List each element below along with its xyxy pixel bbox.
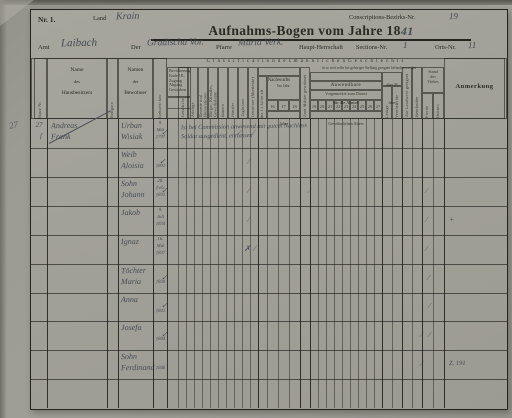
over29-title: über 29 Jahre — [382, 72, 402, 86]
margin-pencil-note: 27 — [8, 119, 19, 131]
grid-hline — [31, 379, 507, 380]
resident-name-line: Ferdinand — [121, 363, 155, 373]
class-column: Bauern — [218, 67, 228, 119]
resident-name-line: Jakob — [121, 208, 140, 217]
anwendbare-line2: Vorgemerkte zum Dienst — [310, 81, 382, 90]
vieh-title-box: Stand des Viehes — [422, 67, 444, 93]
table-row: 27ſAndreasFrankUrbanWisiak9.Mai1797Ist b… — [31, 119, 507, 148]
birth-date-line: Juli — [154, 215, 167, 220]
nachwuchs-caption: Jahre — [267, 111, 300, 119]
nachwuchs-title-box: Nachwuchs — [258, 67, 300, 76]
pfarre-label: Pfarre — [216, 44, 232, 51]
resident-name-line: Johann — [121, 190, 145, 199]
ages-caption: Gewöhnlichen Alters — [310, 111, 382, 119]
resident-name-line: Ignaz — [121, 237, 139, 246]
militar-column: Zum Militär gewidmet — [300, 67, 310, 119]
table-row: SohnJohann28.Feb.1831✓∕∕∕ — [31, 177, 507, 206]
col-header-birth-year: Geburts-Jahr — [153, 58, 167, 119]
birth-date-line: 16. — [154, 237, 167, 242]
grid-hline — [31, 235, 507, 236]
table-row: Ignaz16.Mai1837✗∕∕ — [31, 235, 507, 264]
birth-date-line: 1846 — [154, 366, 167, 371]
over29-column: Ledige — [382, 86, 392, 119]
table-row: WeibAloisia1801✓∕ — [31, 148, 507, 177]
tally-mark: + — [449, 215, 454, 224]
resident-name-line: Aloisia — [121, 161, 144, 170]
herrschaft-label: Haupt-Herrschaft — [299, 44, 343, 51]
age-cell: 24 — [350, 100, 358, 111]
age-cell: 20 — [318, 100, 326, 111]
orts-label: Orts-Nr. — [435, 44, 456, 51]
nachwuchs-year-cell: 18 — [289, 100, 300, 111]
nachwuchs-year-cell: 16 — [267, 100, 278, 111]
tally-mark: ∕ — [426, 244, 427, 253]
resident-name-line: Maria — [121, 277, 141, 286]
class-column: Beamte und Honoratioren — [198, 67, 208, 119]
birth-date-line: 28. — [154, 179, 167, 184]
sections-value: 1 — [403, 40, 408, 50]
resident-name-line: Sohn — [121, 179, 137, 188]
nachwuchs-year-cell: 17 — [278, 100, 289, 111]
amt-value: Laibach — [61, 37, 97, 50]
tally-mark: ∕ — [426, 215, 427, 224]
anwendbare-line3: für die Armee — [310, 90, 382, 100]
resident-name-line: Weib — [121, 150, 137, 159]
age-cell: 22 — [334, 100, 342, 111]
house-number: 27 — [32, 121, 46, 129]
remark-value: Z. 191 — [449, 359, 466, 366]
table-row — [31, 379, 507, 407]
tally-mark: ∕ — [428, 273, 429, 282]
grid-hline — [31, 148, 507, 149]
nachwuchs-left-col: bis 15 Jahre alt — [258, 76, 267, 119]
pfarre-value: Maria Verk. — [238, 38, 284, 49]
resident-name-line: Urban — [121, 121, 142, 130]
land-value: Krain — [116, 11, 140, 22]
tally-mark: ∕ — [429, 301, 430, 310]
table-row: TöchterMaria1839✓∕ — [31, 264, 507, 293]
col-header-house-number: Haus-Nr. — [34, 58, 47, 119]
col-header-owner: Name des Hausbesitzers — [47, 58, 107, 119]
age-cell: 19 — [310, 100, 318, 111]
grid-hline — [31, 206, 507, 207]
age-cell: 27 — [374, 100, 382, 111]
der-label: Der — [131, 44, 141, 51]
class-column: Taglöhner — [238, 67, 248, 119]
resident-name-line: Josefa — [121, 323, 142, 332]
grid-hline — [31, 177, 507, 178]
tally-mark: ✓ — [159, 157, 166, 166]
grid-hline — [31, 293, 507, 294]
class-column: Geistliche — [178, 67, 188, 119]
vieh-column: Pferde — [422, 93, 433, 119]
col-header-remark: Anmerkung — [444, 58, 505, 119]
class-column: Adelige — [188, 67, 198, 119]
conscription-label: Conscriptions-Bezirks-Nr. — [349, 14, 415, 21]
birth-date-line: 1837 — [154, 251, 167, 256]
birth-date-line: 9. — [154, 208, 167, 213]
vieh-column: Ochsen — [433, 93, 444, 119]
scan-edge-top — [0, 0, 512, 5]
nachwuchs-mid-box: Im Jahr — [267, 76, 300, 100]
resident-name-line: Sohn — [121, 352, 137, 361]
document-number: Nr. 1. — [38, 15, 55, 24]
form-sheet: Nr. 1. Land Krain Conscriptions-Bezirks-… — [30, 9, 508, 410]
birth-date-line: 9. — [154, 121, 167, 126]
grid-hline — [31, 350, 507, 351]
grid-hline — [31, 264, 507, 265]
birth-date-line: 1834 — [154, 222, 167, 227]
sections-label: Sections-Nr. — [356, 44, 387, 51]
class-column: Bürger, Künstler, Gewerbsleute — [208, 67, 218, 119]
table-row: Anna1841✓∕ — [31, 293, 507, 321]
der-value: Gradischa Vor. — [147, 38, 204, 49]
title-year-handwritten: 41 — [401, 24, 414, 38]
resident-name-line: Wisiak — [121, 132, 142, 141]
tally-mark: ∕ — [426, 186, 427, 195]
class-column: Inwohner (Mietleute) — [248, 67, 258, 119]
tally-mark: ∕ — [254, 244, 255, 253]
resident-name-line: Anna — [121, 295, 138, 304]
land-label: Land — [93, 15, 106, 22]
anwendbare-line1: Anwendbare — [310, 72, 382, 81]
conscription-value: 19 — [449, 11, 458, 21]
house-number-flourish: ſ — [34, 132, 48, 140]
classification-title: C l a s s i f i c a t i o n d e s m ä n … — [167, 59, 444, 64]
class-column: Häusler — [228, 67, 238, 119]
scanned-census-form: 27 Nr. 1. Land Krain Conscriptions-Bezir… — [0, 0, 512, 418]
birth-date-line: Mai — [154, 244, 167, 249]
age-cell: 21 — [326, 100, 334, 111]
table-row: Josefa1844✓∕∕ — [31, 321, 507, 350]
over29-column: Verehelichte — [392, 86, 402, 119]
tally-mark: ∕ — [253, 128, 254, 137]
amt-label: Amt — [38, 44, 50, 51]
col-header-residents: Namen der Bewohner — [118, 58, 153, 119]
tally-mark: ∕ — [429, 330, 430, 339]
grid-hline — [31, 321, 507, 322]
scan-edge-left — [0, 0, 7, 418]
extra-column: Zur Landwehr geeignet — [402, 67, 412, 119]
extra-column: Beurlaubte — [412, 67, 422, 119]
table-row: Jakob9.Juli1834∕∕+ — [31, 206, 507, 235]
age-cell: 26 — [366, 100, 374, 111]
resident-name-line: Töchter — [121, 266, 146, 275]
orts-value: 11 — [468, 40, 477, 50]
tally-mark: ∕ — [239, 128, 240, 137]
table-row: SohnFerdinand1846∕Z. 191 — [31, 350, 507, 379]
age-cell: 25 — [358, 100, 366, 111]
age-cell: 23 — [342, 100, 350, 111]
